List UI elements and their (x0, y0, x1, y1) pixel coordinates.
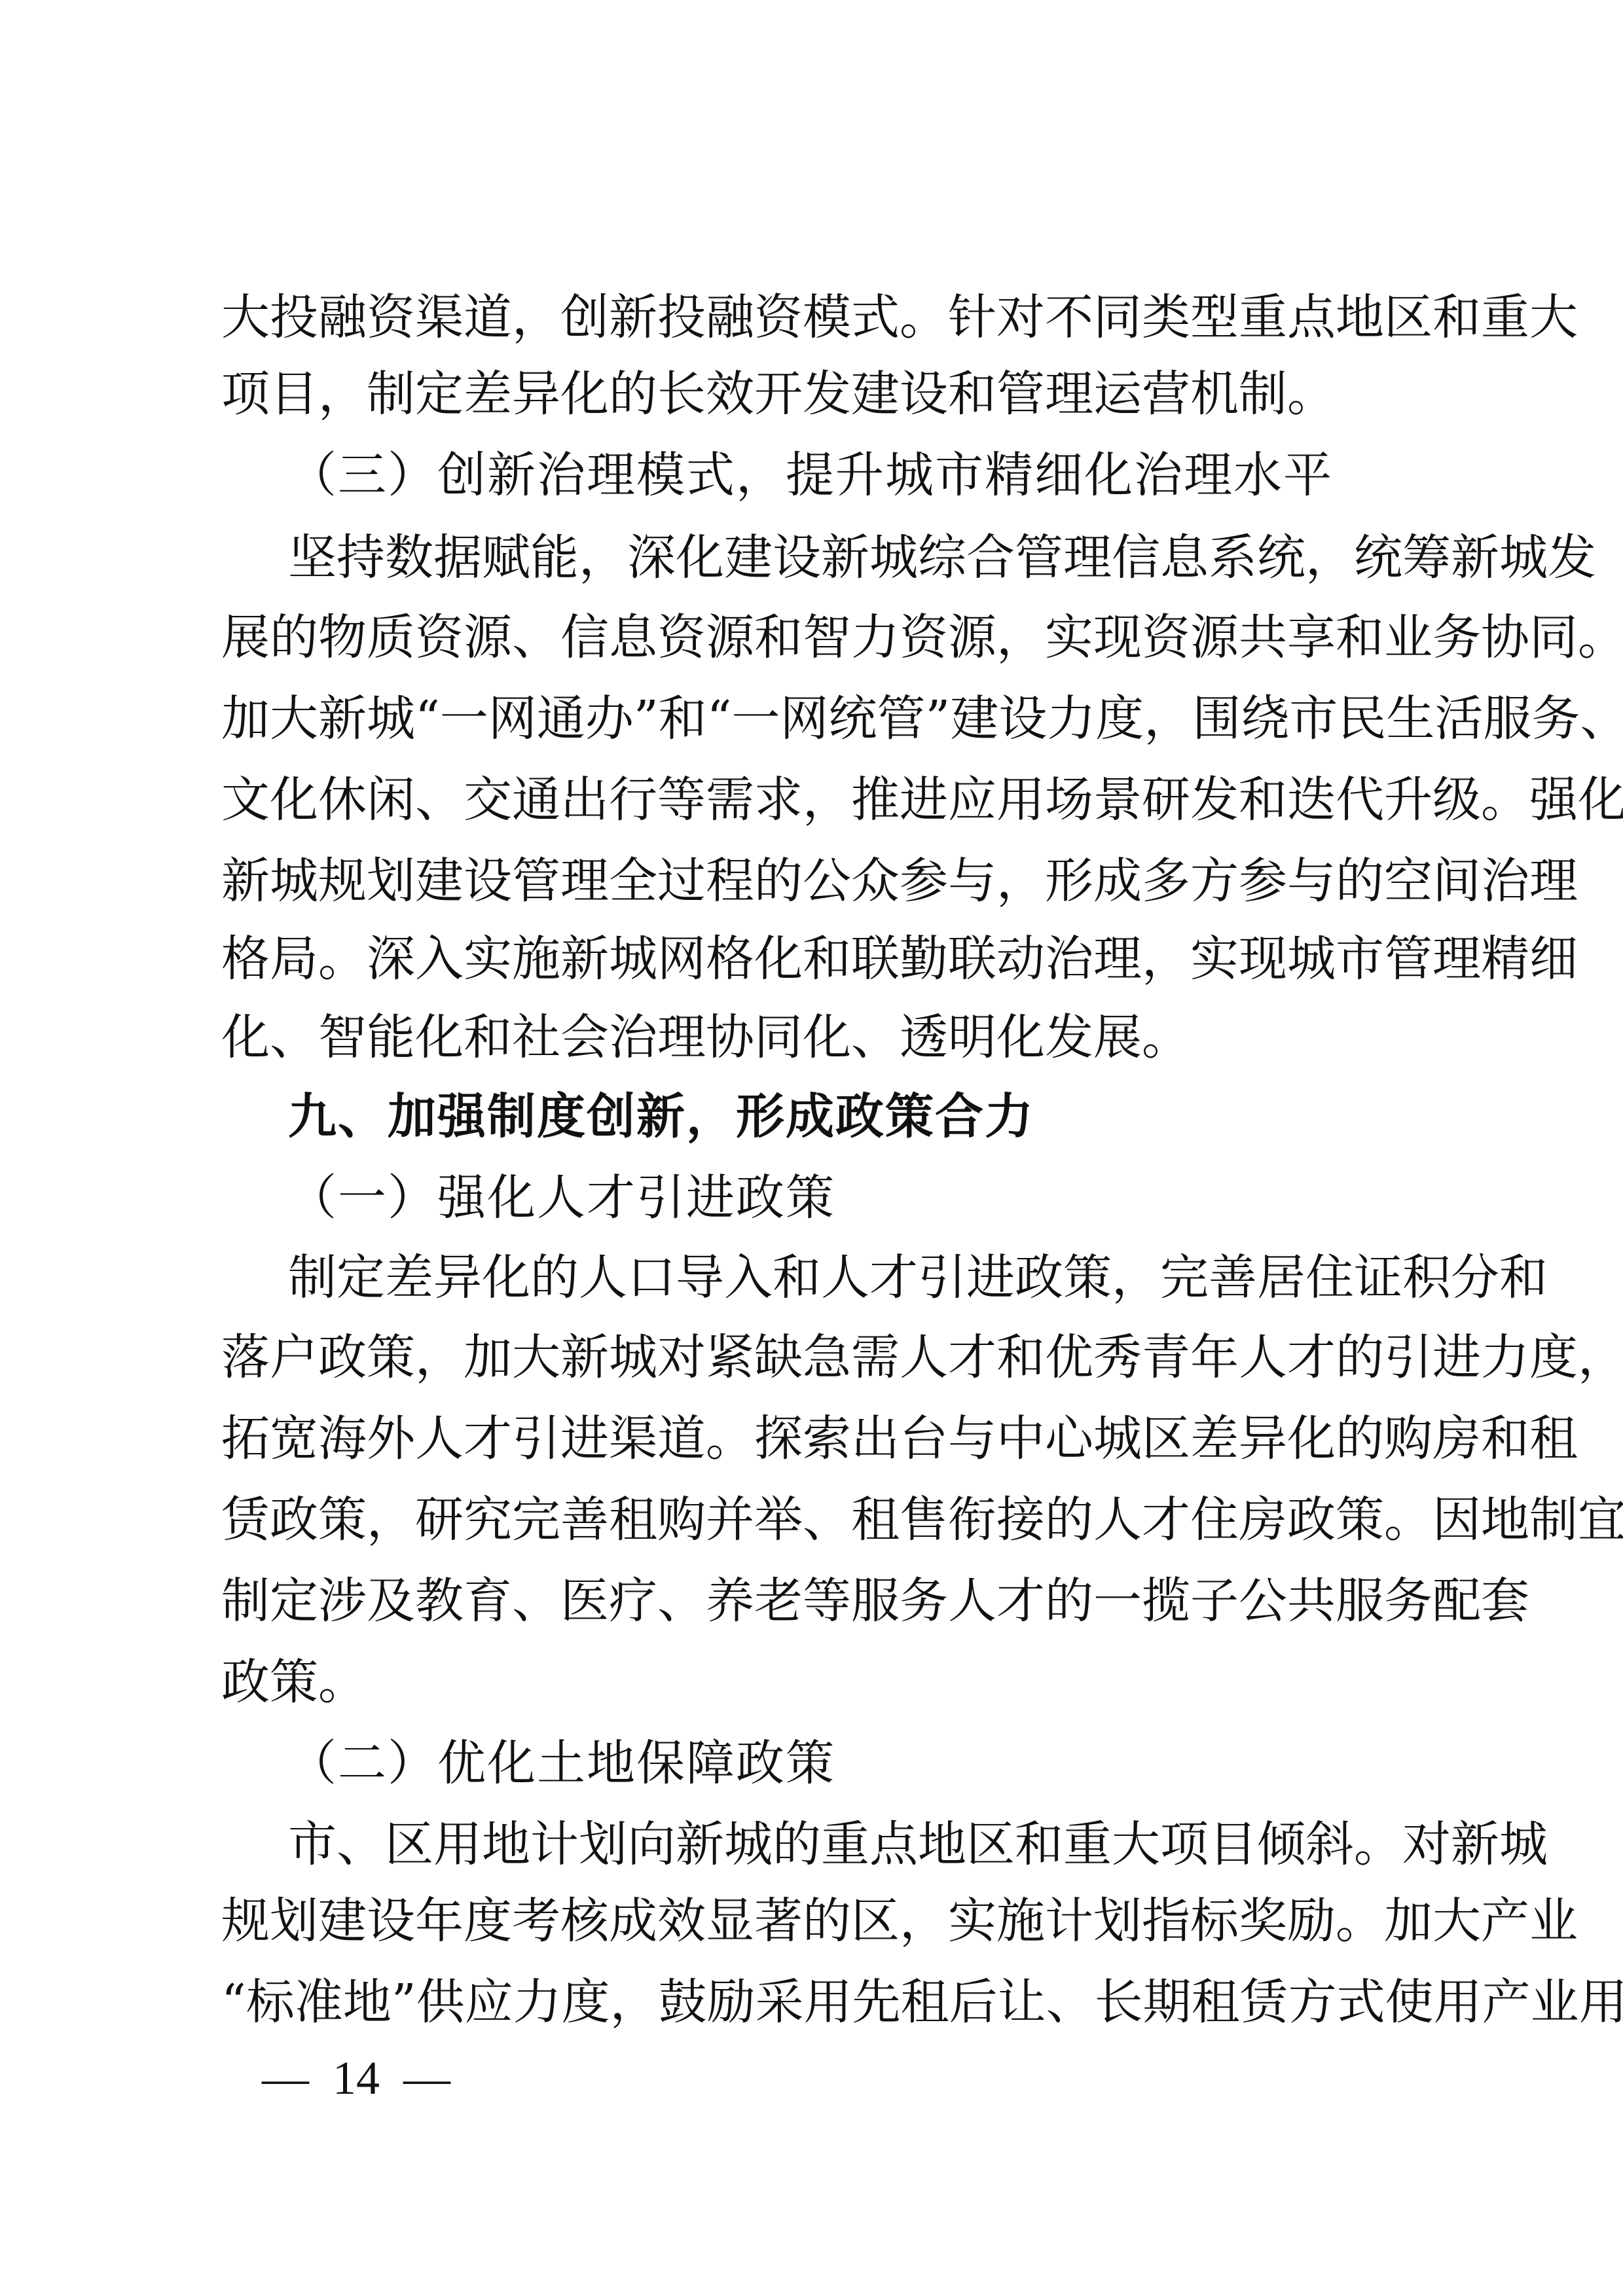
body-line: 规划建设年度考核成效显著的区，实施计划指标奖励。加大产业 (221, 1885, 1426, 1957)
body-line: 政策。 (221, 1646, 1426, 1718)
body-line: 化、智能化和社会治理协同化、透明化发展。 (221, 1001, 1426, 1073)
body-line: “标准地”供应力度，鼓励采用先租后让、长期租赁方式使用产业用 (221, 1966, 1426, 2038)
body-line: 市、区用地计划向新城的重点地区和重大项目倾斜。对新城 (288, 1808, 1426, 1880)
subheading-3-governance: （三）创新治理模式，提升城市精细化治理水平 (288, 439, 1426, 511)
page-number: — 14 — (262, 2049, 450, 2108)
section-heading-9: 九、加强制度创新，形成政策合力 (288, 1081, 1426, 1153)
body-line: 拓宽海外人才引进渠道。探索出台与中心城区差异化的购房和租 (221, 1403, 1426, 1475)
body-line: 项目，制定差异化的长效开发建设和管理运营机制。 (221, 358, 1426, 430)
body-line: 展的物质资源、信息资源和智力资源，实现资源共享和业务协同。 (221, 601, 1426, 673)
body-line: 赁政策，研究完善租购并举、租售衔接的人才住房政策。因地制宜 (221, 1484, 1426, 1556)
subheading-1-talent: （一）强化人才引进政策 (288, 1162, 1426, 1234)
body-line: 制定涉及教育、医疗、养老等服务人才的一揽子公共服务配套 (221, 1565, 1426, 1637)
body-line: 制定差异化的人口导入和人才引进政策，完善居住证积分和 (288, 1242, 1426, 1314)
document-page: 大投融资渠道，创新投融资模式。针对不同类型重点地区和重大 项目，制定差异化的长效… (0, 0, 1623, 2296)
subheading-2-land: （二）优化土地保障政策 (288, 1727, 1426, 1799)
body-line: 新城规划建设管理全过程的公众参与，形成多方参与的空间治理 (221, 845, 1426, 917)
body-line: 落户政策，加大新城对紧缺急需人才和优秀青年人才的引进力度， (221, 1321, 1426, 1393)
body-line: 加大新城“一网通办”和“一网统管”建设力度，围绕市民生活服务、 (221, 683, 1426, 755)
body-line: 文化休闲、交通出行等需求，推进应用场景研发和迭代升级。强化 (221, 764, 1426, 836)
body-line: 坚持数据赋能，深化建设新城综合管理信息系统，统筹新城发 (288, 522, 1426, 594)
body-line: 格局。深入实施新城网格化和联勤联动治理，实现城市管理精细 (221, 923, 1426, 995)
body-line: 大投融资渠道，创新投融资模式。针对不同类型重点地区和重大 (221, 281, 1426, 353)
